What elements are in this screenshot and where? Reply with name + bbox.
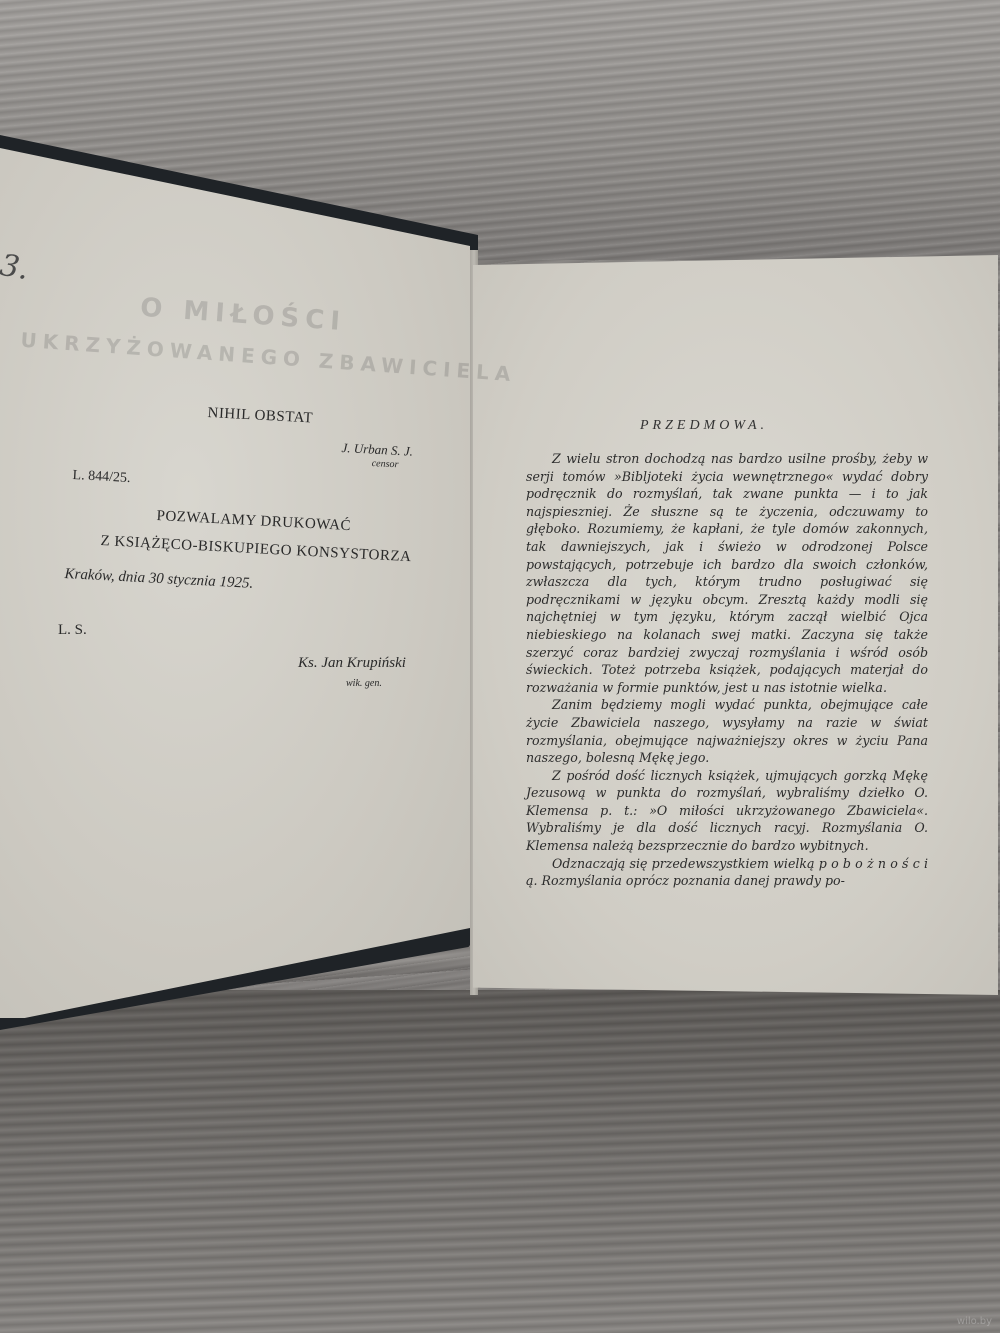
preface-paragraph: Odznaczają się przedewszystkiem wielką p… (526, 855, 928, 890)
signatory-name: Ks. Jan Krupiński (298, 655, 406, 672)
signatory-title: wik. gen. (346, 678, 382, 689)
censor-title: censor (371, 458, 398, 470)
preface-title: PRZEDMOWA. (640, 418, 768, 434)
wooden-table-bottom (0, 990, 1000, 1333)
preface-paragraph: Z wielu stron dochodzą nas bardzo usilne… (526, 450, 928, 696)
preface-body: Z wielu stron dochodzą nas bardzo usilne… (526, 450, 928, 890)
watermark: wilo.by (957, 1316, 992, 1327)
reference-number: L. 844/25. (72, 468, 131, 487)
preface-paragraph: Zanim będziemy mogli wydać punkta, obejm… (526, 696, 928, 766)
seal-ls: L. S. (58, 622, 87, 639)
preface-paragraph: Z pośród dość licznych książek, ujmujący… (526, 767, 928, 855)
